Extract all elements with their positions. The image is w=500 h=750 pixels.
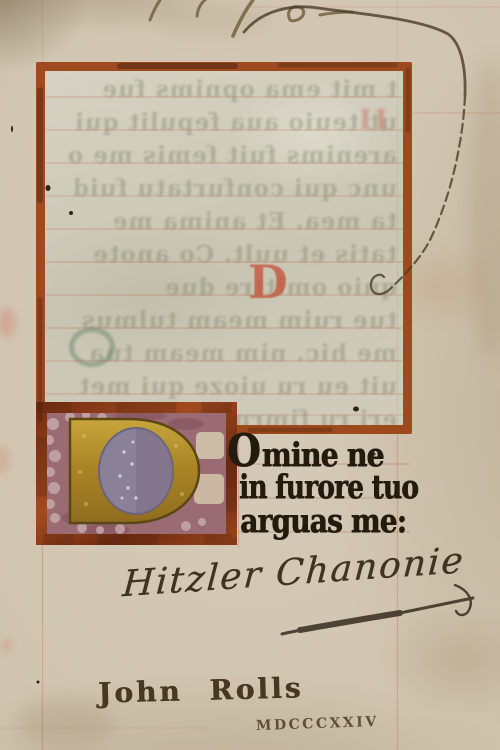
parchment-stain [150,2,270,36]
cream-patch [196,432,224,459]
psalm-line-1: Omine ne [227,433,384,471]
bleedthrough-red-mark: II [359,105,390,136]
bleedthrough-green-initial-ring [69,327,115,367]
bleedthrough-line: tatis et uult. Co anote [51,240,397,270]
psalm-line-3: arguas me: [240,504,406,537]
pink-smudge [0,444,10,476]
cursive-signature: Hitzler Chanonie [121,540,466,605]
psalm-line-2: in furore tuo [239,470,418,503]
signature-underline [282,585,473,634]
illuminated-initial-D [36,402,237,545]
bleedthrough-line: uit eu ru uioze qui met [51,372,397,402]
bleedthrough-line: ta mea. Et anima me [51,207,397,237]
pink-smudge [1,638,12,653]
bleedthrough-line: unc qui confurtatu fuid [51,174,397,204]
manuscript-photo: { "artifact": { "kind": "Illuminated man… [0,0,500,750]
owner-name: John Rolls [98,671,304,709]
bleedthrough-line: t mit ema opnims fue [51,75,397,105]
pink-smudge [0,308,16,338]
bleedthrough-line: ut teuio aua fepulit qui [51,108,397,138]
bleedthrough-line: arenims fuit femis me o [51,141,397,171]
parchment-stain [468,60,500,360]
ruled-frame: t mit ema opnims fue ut teuio aua fepuli… [36,62,412,434]
bleedthrough-line: quio omittre due [51,273,397,303]
roman-numeral-year: MDCCCXXIV [256,714,379,734]
bleedthrough-red-initial: D [248,259,288,305]
